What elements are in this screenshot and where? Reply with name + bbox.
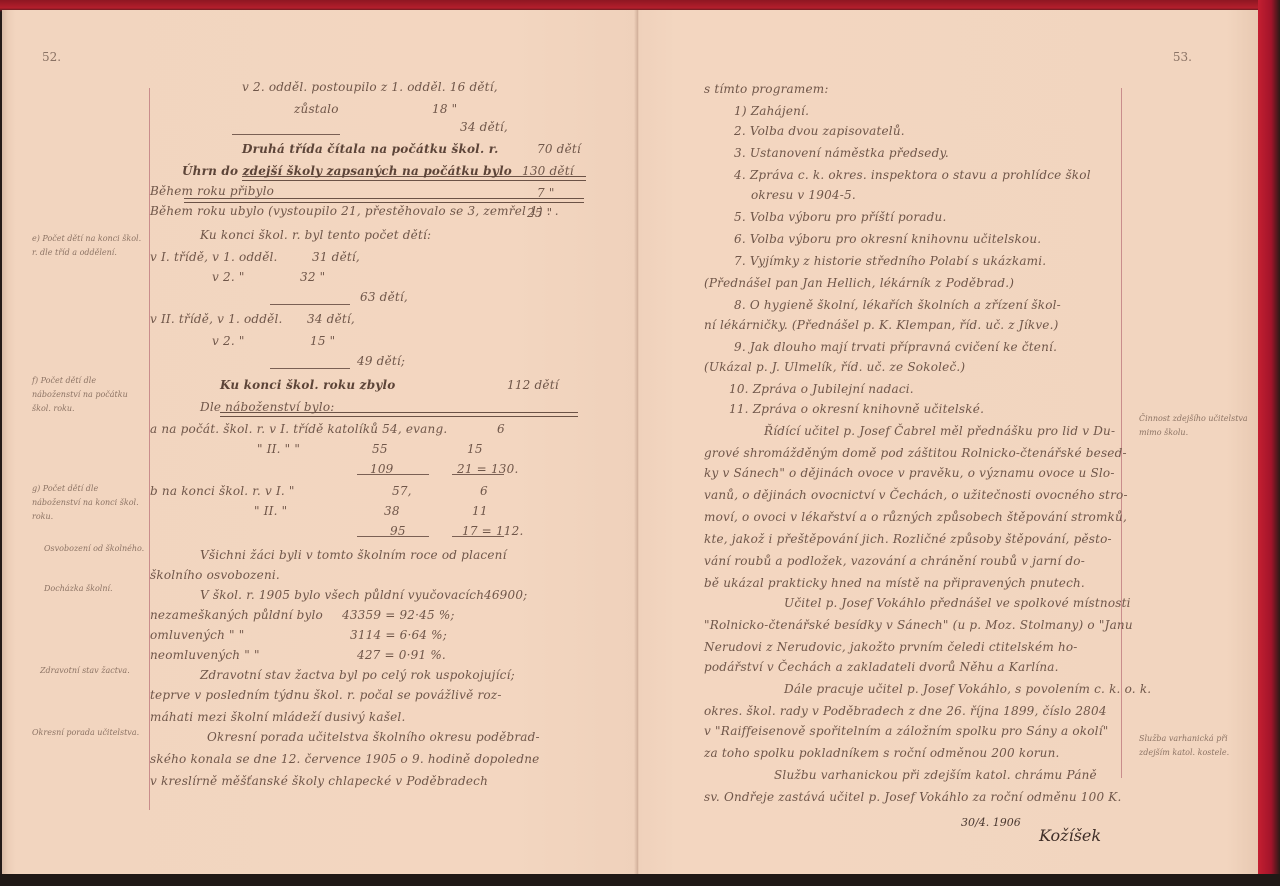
handwritten-line: za toho spolku pokladníkem s roční odměn… — [704, 746, 1060, 760]
handwritten-line: 10. Zpráva o Jubilejní nadaci. — [729, 382, 914, 396]
handwritten-line: s tímto programem: — [704, 82, 829, 96]
signature: Kožíšek — [1039, 826, 1101, 845]
handwritten-line: omluvených " " — [150, 628, 244, 642]
handwritten-line: vanů, o dějinách ovocnictví v Čechách, o… — [704, 488, 1128, 502]
handwritten-line: 3. Ustanovení náměstka předsedy. — [734, 146, 949, 160]
handwritten-line: 1) Zahájení. — [734, 104, 809, 118]
handwritten-line: Dle náboženství bylo: — [200, 400, 335, 414]
right-page: 53. s tímto programem:1) Zahájení.2. Vol… — [638, 10, 1258, 874]
margin-note: Zdravotní stav žactva. — [40, 664, 152, 678]
handwritten-line: máhati mezi školní mládeží dusivý kašel. — [150, 710, 405, 724]
sum-rule — [232, 134, 340, 135]
handwritten-line: kte, jakož i přeštěpování jich. Rozličné… — [704, 532, 1112, 546]
handwritten-line: " II. " " — [257, 442, 300, 456]
handwritten-line: 7 " — [537, 186, 555, 200]
handwritten-line: 109 — [370, 462, 394, 476]
handwritten-line: Službu varhanickou při zdejším katol. ch… — [774, 768, 1097, 782]
handwritten-line: 43359 = 92·45 %; — [342, 608, 455, 622]
handwritten-line: " II. " — [254, 504, 287, 518]
handwritten-line: 34 dětí, — [460, 120, 508, 134]
handwritten-line: neomluvených " " — [150, 648, 260, 662]
margin-note: Služba varhanická při zdejším katol. kos… — [1139, 732, 1251, 760]
handwritten-line: Dále pracuje učitel p. Josef Vokáhlo, s … — [784, 682, 1151, 696]
handwritten-line: "Rolnicko-čtenářské besídky v Sánech" (u… — [704, 618, 1133, 632]
handwritten-line: 15 " — [310, 334, 335, 348]
handwritten-line: 21 = 130. — [457, 462, 518, 476]
handwritten-line: školního osvobozeni. — [150, 568, 280, 582]
entry-date: 30/4. 1906 — [961, 816, 1021, 829]
margin-note: Osvobození od školného. — [44, 542, 156, 556]
handwritten-line: 25 " — [527, 206, 552, 220]
double-rule — [184, 198, 584, 203]
handwritten-line: ky v Sánech" o dějinách ovoce v pravěku,… — [704, 466, 1115, 480]
handwritten-line: 34 dětí, — [307, 312, 355, 326]
handwritten-line: 112 dětí — [507, 378, 559, 392]
handwritten-line: 4. Zpráva c. k. okres. inspektora o stav… — [734, 168, 1091, 182]
margin-note: Okresní porada učitelstva. — [32, 726, 144, 740]
margin-rule-right — [1121, 88, 1122, 778]
handwritten-line: 2. Volba dvou zapisovatelů. — [734, 124, 905, 138]
handwritten-line: moví, o ovoci v lékařství a o různých zp… — [704, 510, 1127, 524]
handwritten-line: v I. třídě, v 1. odděl. — [150, 250, 278, 264]
page-number-right: 53. — [1173, 50, 1192, 64]
handwritten-line: 3114 = 6·64 %; — [350, 628, 447, 642]
handwritten-line: 57, — [392, 484, 412, 498]
handwritten-line: nezameškaných půldní bylo — [150, 608, 323, 622]
handwritten-line: 15 — [467, 442, 483, 456]
handwritten-line: 17 = 112. — [462, 524, 523, 538]
handwritten-line: v 2. " — [212, 334, 245, 348]
handwritten-line: Úhrn do zdejší školy zapsaných na počátk… — [182, 164, 512, 178]
handwritten-line: bě ukázal prakticky hned na místě na při… — [704, 576, 1085, 590]
handwritten-line: Nerudovi z Nerudovic, jakožto prvním čel… — [704, 640, 1078, 654]
handwritten-line: v "Raiffeisenově spořitelním a záložním … — [704, 724, 1108, 738]
handwritten-line: 5. Volba výboru pro příští poradu. — [734, 210, 946, 224]
handwritten-line: 9. Jak dlouho mají trvati přípravná cvič… — [734, 340, 1057, 354]
handwritten-line: 11. Zpráva o okresní knihovně učitelské. — [729, 402, 984, 416]
handwritten-line: ní lékárničky. (Přednášel p. K. Klempan,… — [704, 318, 1059, 332]
margin-note: Docházka školní. — [44, 582, 156, 596]
handwritten-line: 18 " — [432, 102, 457, 116]
book-cover-edge — [1258, 0, 1280, 886]
handwritten-line: Během roku přibylo — [150, 184, 274, 198]
handwritten-line: 7. Vyjímky z historie středního Polabí s… — [734, 254, 1046, 268]
handwritten-line: a na počát. škol. r. v I. třídě katolíků… — [150, 422, 447, 436]
handwritten-line: (Přednášel pan Jan Hellich, lékárník z P… — [704, 276, 1014, 290]
handwritten-line: 95 — [390, 524, 406, 538]
handwritten-line: Druhá třída čítala na počátku škol. r. — [242, 142, 499, 156]
handwritten-line: (Ukázal p. J. Ulmelík, říd. uč. ze Sokol… — [704, 360, 965, 374]
handwritten-line: Řídící učitel p. Josef Čabrel měl předná… — [764, 424, 1115, 438]
sum-rule — [270, 304, 350, 305]
handwritten-line: Ku konci škol. roku zbylo — [220, 378, 395, 392]
handwritten-line: ského konala se dne 12. července 1905 o … — [150, 752, 539, 766]
book-bottom-edge — [0, 874, 1280, 886]
handwritten-line: 130 dětí — [522, 164, 574, 178]
handwritten-line: 6 — [480, 484, 488, 498]
handwritten-line: Během roku ubylo (vystoupilo 21, přestěh… — [150, 204, 559, 218]
handwritten-line: Okresní porada učitelstva školního okres… — [207, 730, 540, 744]
handwritten-line: 6. Volba výboru pro okresní knihovnu uči… — [734, 232, 1041, 246]
margin-note: g) Počet dětí dle náboženství na konci š… — [32, 482, 144, 524]
handwritten-line: 63 dětí, — [360, 290, 408, 304]
handwritten-line: vání roubů a podložek, vazování a chráně… — [704, 554, 1085, 568]
handwritten-line: 49 dětí; — [357, 354, 405, 368]
handwritten-line: v 2. odděl. postoupilo z 1. odděl. 16 dě… — [242, 80, 498, 94]
handwritten-line: 8. O hygieně školní, lékařích školních a… — [734, 298, 1061, 312]
handwritten-line: 31 dětí, — [312, 250, 360, 264]
handwritten-line: okresu v 1904-5. — [751, 188, 856, 202]
handwritten-line: b na konci škol. r. v I. " — [150, 484, 295, 498]
handwritten-line: 70 dětí — [537, 142, 581, 156]
handwritten-line: 11 — [472, 504, 488, 518]
handwritten-line: okres. škol. rady v Poděbradech z dne 26… — [704, 704, 1107, 718]
handwritten-line: teprve v posledním týdnu škol. r. počal … — [150, 688, 502, 702]
handwritten-line: Zdravotní stav žactva byl po celý rok us… — [200, 668, 515, 682]
handwritten-line: 32 " — [300, 270, 325, 284]
handwritten-line: sv. Ondřeje zastává učitel p. Josef Voká… — [704, 790, 1121, 804]
handwritten-line: Učitel p. Josef Vokáhlo přednášel ve spo… — [784, 596, 1131, 610]
handwritten-line: v kreslírně měšťanské školy chlapecké v … — [150, 774, 488, 788]
handwritten-line: 38 — [384, 504, 400, 518]
handwritten-line: grové shromážděným domě pod záštitou Rol… — [704, 446, 1127, 460]
left-page: 52. v 2. odděl. postoupilo z 1. odděl. 1… — [2, 10, 638, 874]
handwritten-line: v 2. " — [212, 270, 245, 284]
handwritten-line: 6 — [497, 422, 505, 436]
margin-note: e) Počet dětí na konci škol. r. dle tříd… — [32, 232, 144, 260]
margin-note: Činnost zdejšího učitelstva mimo školu. — [1139, 412, 1251, 440]
handwritten-line: zůstalo — [294, 102, 339, 116]
handwritten-line: 427 = 0·91 %. — [357, 648, 446, 662]
handwritten-line: podářství v Čechách a zakladateli dvorů … — [704, 660, 1059, 674]
sum-rule — [270, 368, 350, 369]
handwritten-line: Ku konci škol. r. byl tento počet dětí: — [200, 228, 431, 242]
handwritten-line: 46900; — [484, 588, 527, 602]
handwritten-line: v II. třídě, v 1. odděl. — [150, 312, 283, 326]
margin-note: f) Počet dětí dle náboženství na počátku… — [32, 374, 144, 416]
page-number-left: 52. — [42, 50, 61, 64]
handwritten-line: V škol. r. 1905 bylo všech půldní vyučov… — [200, 588, 484, 602]
handwritten-line: 55 — [372, 442, 388, 456]
handwritten-line: Všichni žáci byli v tomto školním roce o… — [200, 548, 507, 562]
